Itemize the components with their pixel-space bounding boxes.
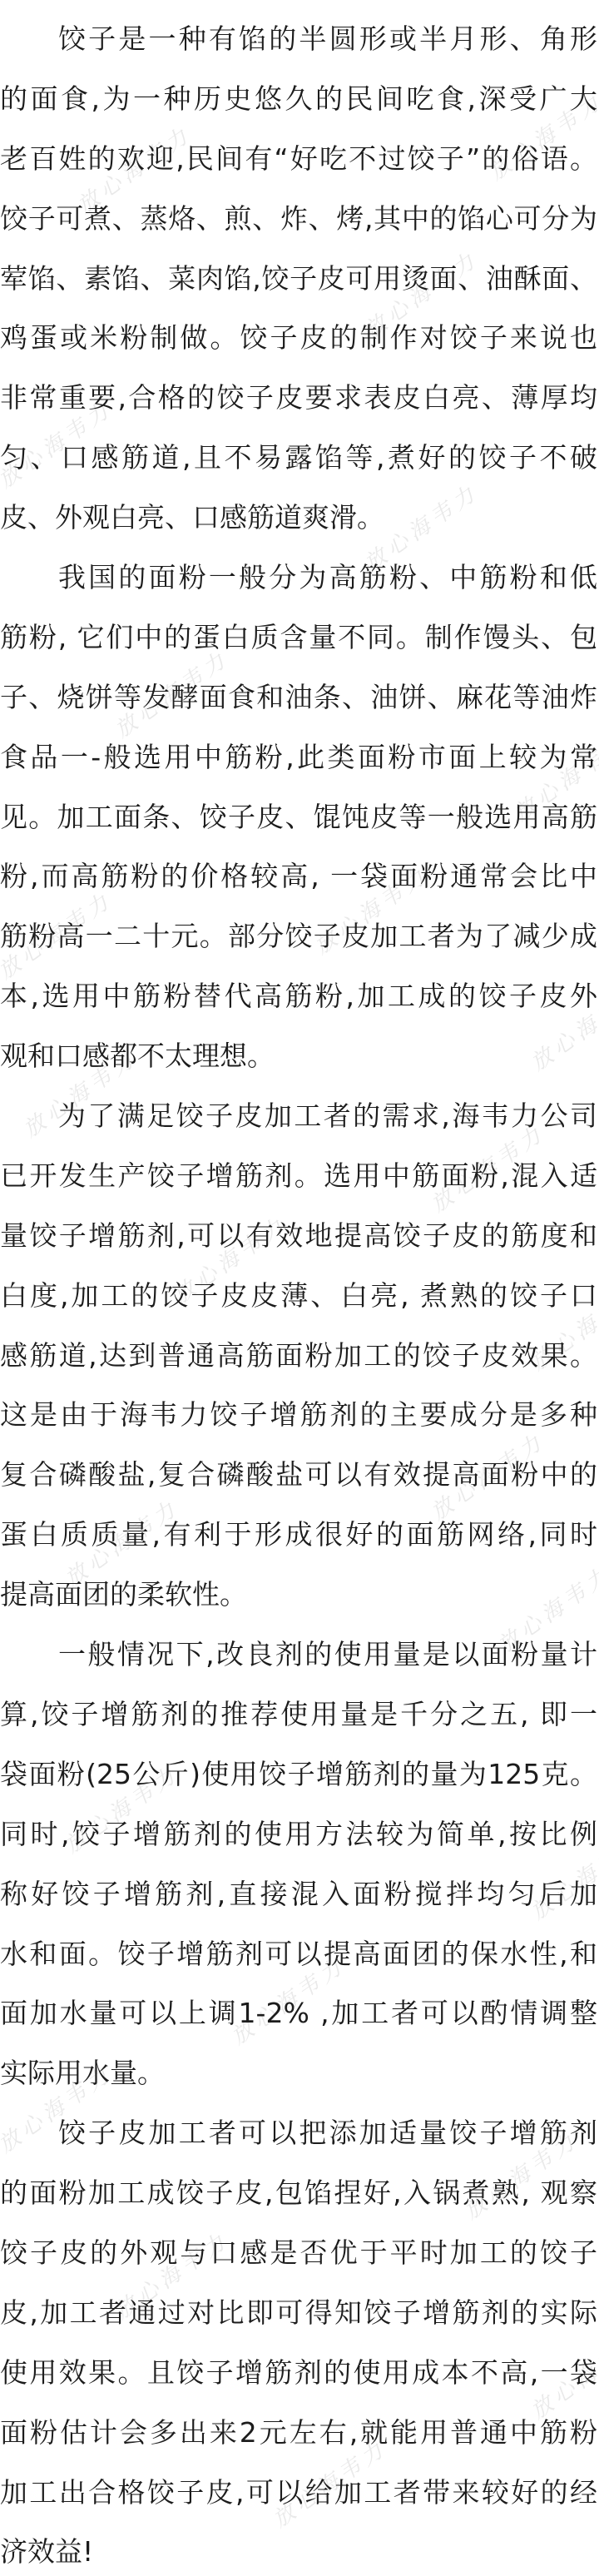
text-line: 见。加工面条、饺子皮、馄饨皮等一般选用高筋: [0, 787, 599, 847]
text-line: 称好饺子增筋剂,直接混入面粉搅拌均匀后加: [0, 1864, 599, 1924]
text-line: 实际用水量。: [0, 2043, 599, 2103]
text-line: 量饺子增筋剂,可以有效地提高饺子皮的筋度和: [0, 1206, 599, 1266]
article-body: 饺子是一种有馅的半圆形或半月形、角形 的面食,为一种历史悠久的民间吃食,深受广大…: [0, 9, 599, 2576]
text-line: 筋粉, 它们中的蛋白质含量不同。制作馒头、包: [0, 608, 599, 668]
text-line: 饺子皮的外观与口感是否优于平时加工的饺子: [0, 2223, 599, 2283]
paragraph-flour-types: 我国的面粉一般分为高筋粉、中筋粉和低 筋粉, 它们中的蛋白质含量不同。制作馒头、…: [0, 548, 599, 1086]
text-line: 白度,加工的饺子皮皮薄、白亮, 煮熟的饺子口: [0, 1266, 599, 1326]
text-line: 提高面团的柔软性。: [0, 1565, 599, 1625]
text-line: 我国的面粉一般分为高筋粉、中筋粉和低: [0, 548, 599, 608]
text-line: 济效益!: [0, 2522, 599, 2576]
paragraph-usage-dosage: 一般情况下,改良剂的使用量是以面粉量计 算,饺子增筋剂的推荐使用量是千分之五, …: [0, 1625, 599, 2103]
text-line: 鸡蛋或米粉制做。饺子皮的制作对饺子来说也: [0, 308, 599, 368]
text-line: 荤馅、素馅、菜肉馅,饺子皮可用烫面、油酥面、: [0, 249, 599, 309]
text-line: 观和口感都不太理想。: [0, 1026, 599, 1086]
text-line: 饺子皮加工者可以把添加适量饺子增筋剂: [0, 2103, 599, 2163]
text-line: 面粉估计会多出来2元左右,就能用普通中筋粉: [0, 2403, 599, 2463]
paragraph-product-intro: 为了满足饺子皮加工者的需求,海韦力公司 已开发生产饺子增筋剂。选用中筋面粉,混入…: [0, 1086, 599, 1625]
text-line: 非常重要,合格的饺子皮要求表皮白亮、薄厚均: [0, 368, 599, 428]
text-line: 面加水量可以上调1-2% ,加工者可以酌情调整: [0, 1983, 599, 2043]
text-line: 水和面。饺子增筋剂可以提高面团的保水性,和: [0, 1924, 599, 1984]
text-line: 已开发生产饺子增筋剂。选用中筋面粉,混入适: [0, 1146, 599, 1206]
text-line: 感筋道,达到普通高筋面粉加工的饺子皮效果。: [0, 1326, 599, 1386]
text-line: 皮,加工者通过对比即可得知饺子增筋剂的实际: [0, 2283, 599, 2343]
text-line: 袋面粉(25公斤)使用饺子增筋剂的量为125克。: [0, 1745, 599, 1804]
text-line: 皮、外观白亮、口感筋道爽滑。: [0, 488, 599, 548]
text-line: 粉,而高筋粉的价格较高, 一袋面粉通常会比中: [0, 846, 599, 906]
text-line: 使用效果。且饺子增筋剂的使用成本不高,一袋: [0, 2343, 599, 2403]
text-line: 算,饺子增筋剂的推荐使用量是千分之五, 即一: [0, 1685, 599, 1745]
paragraph-dumpling-intro: 饺子是一种有馅的半圆形或半月形、角形 的面食,为一种历史悠久的民间吃食,深受广大…: [0, 9, 599, 548]
text-line: 蛋白质质量,有利于形成很好的面筋网络,同时: [0, 1505, 599, 1565]
text-line: 的面粉加工成饺子皮,包馅捏好,入锅煮熟, 观察: [0, 2163, 599, 2223]
text-line: 筋粉高一二十元。部分饺子皮加工者为了减少成: [0, 906, 599, 966]
text-line: 为了满足饺子皮加工者的需求,海韦力公司: [0, 1086, 599, 1146]
text-line: 加工出合格饺子皮,可以给加工者带来较好的经: [0, 2463, 599, 2523]
text-line: 这是由于海韦力饺子增筋剂的主要成分是多种: [0, 1385, 599, 1445]
text-line: 子、烧饼等发酵面食和油条、油饼、麻花等油炸: [0, 668, 599, 727]
text-line: 食品一-般选用中筋粉,此类面粉市面上较为常: [0, 727, 599, 787]
text-line: 同时,饺子增筋剂的使用方法较为简单,按比例: [0, 1804, 599, 1864]
paragraph-trial-benefits: 饺子皮加工者可以把添加适量饺子增筋剂 的面粉加工成饺子皮,包馅捏好,入锅煮熟, …: [0, 2103, 599, 2576]
text-line: 饺子是一种有馅的半圆形或半月形、角形: [0, 9, 599, 69]
text-line: 的面食,为一种历史悠久的民间吃食,深受广大: [0, 69, 599, 129]
text-line: 匀、口感筋道,且不易露馅等,煮好的饺子不破: [0, 428, 599, 488]
text-line: 饺子可煮、蒸烙、煎、炸、烤,其中的馅心可分为: [0, 189, 599, 249]
text-line: 一般情况下,改良剂的使用量是以面粉量计: [0, 1625, 599, 1685]
text-line: 本,选用中筋粉替代高筋粉,加工成的饺子皮外: [0, 966, 599, 1026]
text-line: 老百姓的欢迎,民间有“好吃不过饺子”的俗语。: [0, 129, 599, 189]
text-line: 复合磷酸盐,复合磷酸盐可以有效提高面粉中的: [0, 1445, 599, 1505]
